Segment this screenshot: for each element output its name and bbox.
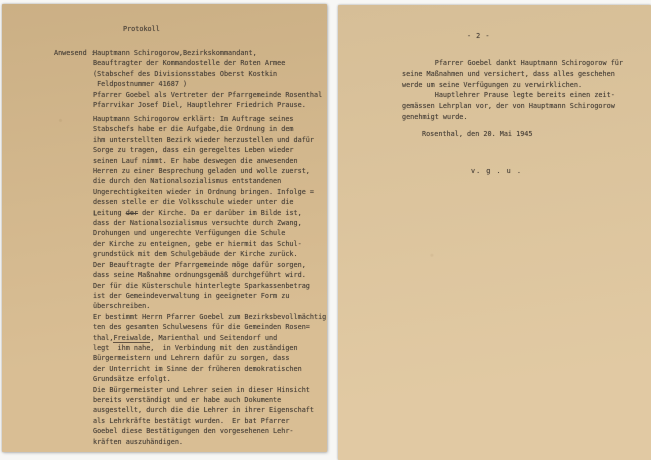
text-line: gemässen Lehrplan vor, der von Hauptmann… [402, 101, 623, 112]
text-line: ist der Gemeindeverwaltung in geeigneter… [93, 291, 327, 301]
text-segment: Goebel diese Bestätigungen den vorgesehe… [93, 427, 294, 435]
text-segment: Die Bürgermeister und Lehrer seien in di… [93, 386, 310, 394]
struck-word: der [126, 209, 138, 217]
text-line: grundstück mit dem Schulgebäude der Kirc… [93, 249, 327, 259]
text-line: legt ihm nahe, in Verbindung mit den zus… [93, 343, 327, 353]
text-segment: Feldpostnummer 41687 ) [93, 80, 187, 88]
text-line: werde um seine Verfügungen zu verwirklic… [402, 80, 623, 91]
text-segment: Drohungen und ungerechte Verfügungen die… [93, 229, 285, 237]
attendees-label: Anwesend : [54, 48, 95, 58]
text-line: Hauptmann Schirogorow erklärt: Im Auftra… [93, 114, 327, 124]
text-segment: der Kirche zu enteignen, gebe er hiermit… [93, 240, 302, 248]
text-segment: ihm unterstellten Bezirk wieder herzuste… [93, 136, 314, 144]
text-line: Goebel diese Bestätigungen den vorgesehe… [93, 426, 327, 436]
text-line: überschreiben. [93, 301, 327, 311]
right-page-body: Pfarrer Goebel dankt Hauptmann Schirogor… [402, 58, 623, 123]
text-line: (Stabschef des Divisionsstabes Oberst Ko… [93, 69, 322, 79]
text-segment: Der für die Küsterschule hinterlegte Spa… [93, 282, 310, 290]
text-segment: Stabschefs habe er die Aufgabe,die Ordnu… [93, 125, 294, 133]
text-line: thal,Freiwalde, Marienthal und Seitendor… [93, 333, 327, 343]
text-line: Hauptmann Schirogorow,Bezirkskommandant, [93, 48, 322, 58]
text-segment: der Kirche. Da er darüber im Bilde ist, [138, 209, 302, 217]
text-line: Stabschefs habe er die Aufgabe,die Ordnu… [93, 124, 327, 134]
text-segment: Hauptlehrer Prause legte bereits einen z… [402, 91, 615, 99]
text-segment: thal, [93, 334, 113, 342]
text-line: Grundsätze erfolgt. [93, 374, 327, 384]
text-line: Drohungen und ungerechte Verfügungen die… [93, 228, 327, 238]
text-segment: gemässen Lehrplan vor, der von Hauptmann… [402, 102, 615, 110]
text-segment: Pfarrer Goebel dankt Hauptmann Schirogor… [402, 59, 623, 67]
text-segment: eitung [97, 209, 126, 217]
text-line: Pfarrvikar Josef Diel, Hauptlehrer Fried… [93, 100, 322, 110]
text-segment: dass seine Maßnahme ordnungsgemäß durchg… [93, 271, 306, 279]
text-line: Beauftragter der Kommandostelle der Rote… [93, 58, 322, 68]
text-line: Pfarrer Goebel als Vertreter der Pfarrge… [93, 90, 322, 100]
text-segment: Sorge zu tragen, dass ein geregeltes Leb… [93, 146, 294, 154]
text-segment: kräften auszuhändigen. [93, 438, 183, 446]
text-segment: ten des gesamten Schulwesens für die Gem… [93, 323, 310, 331]
text-segment: die durch den Nationalsozialismus entsta… [93, 177, 281, 185]
text-line: die durch den Nationalsozialismus entsta… [93, 176, 327, 186]
text-segment: Grundsätze erfolgt. [93, 375, 171, 383]
text-segment: ist der Gemeindeverwaltung in geeigneter… [93, 292, 289, 300]
text-line: Pfarrer Goebel dankt Hauptmann Schirogor… [402, 58, 623, 69]
document-title: Protokoll [123, 24, 160, 34]
text-line: Sorge zu tragen, dass ein geregeltes Leb… [93, 145, 327, 155]
text-segment: (Stabschef des Divisionsstabes Oberst Ko… [93, 70, 277, 78]
text-line: der Unterricht im Sinne der früheren dem… [93, 364, 327, 374]
text-segment: seinen Lauf nimmt. Er habe deswegen die … [93, 157, 298, 165]
text-segment: der Unterricht im Sinne der früheren dem… [93, 365, 302, 373]
text-segment: genehmigt wurde. [402, 113, 467, 121]
text-segment: dass der Nationalsozialismus versuchte d… [93, 219, 302, 227]
text-line: Er bestimmt Herrn Pfarrer Goebel zum Bez… [93, 312, 327, 322]
text-segment: Hauptmann Schirogorow,Bezirkskommandant, [93, 49, 257, 57]
text-line: seinen Lauf nimmt. Er habe deswegen die … [93, 156, 327, 166]
text-segment: dessen stelle er die Volksschule wieder … [93, 198, 294, 206]
text-segment: Bürgermeistern und Lehrern dafür zu sorg… [93, 354, 289, 362]
text-line: ten des gesamten Schulwesens für die Gem… [93, 322, 327, 332]
text-line: kräften auszuhändigen. [93, 437, 327, 447]
text-line: ihm unterstellten Bezirk wieder herzuste… [93, 135, 327, 145]
text-line: genehmigt wurde. [402, 112, 623, 123]
text-segment: Er bestimmt Herrn Pfarrer Goebel zum Bez… [93, 313, 326, 321]
text-line: ausgestellt, durch die die Lehrer in ihr… [93, 405, 327, 415]
page-number: - 2 - [467, 31, 490, 41]
text-segment: Pfarrvikar Josef Diel, Hauptlehrer Fried… [93, 101, 306, 109]
text-line: Die Bürgermeister und Lehrer seien in di… [93, 385, 327, 395]
handwritten-correction: L [93, 208, 97, 218]
attendees-list: Hauptmann Schirogorow,Bezirkskommandant,… [93, 48, 322, 110]
text-segment: Der Beauftragte der Pfarrgemeinde möge d… [93, 261, 306, 269]
text-line: seine Maßnahmen und versichert, dass all… [402, 69, 623, 80]
text-segment: werde um seine Verfügungen zu verwirklic… [402, 81, 582, 89]
text-line: der Kirche zu enteignen, gebe er hiermit… [93, 239, 327, 249]
text-segment: seine Maßnahmen und versichert, dass all… [402, 70, 615, 78]
text-line: dass der Nationalsozialismus versuchte d… [93, 218, 327, 228]
text-line: bereits verständigt und er habe auch Dok… [93, 395, 327, 405]
scanned-document: Protokoll Anwesend : Hauptmann Schirogor… [0, 0, 651, 460]
text-line: als Lehrkräfte bestätigt wurden. Er bat … [93, 416, 327, 426]
text-line: Der Beauftragte der Pfarrgemeinde möge d… [93, 260, 327, 270]
text-segment: ausgestellt, durch die die Lehrer in ihr… [93, 406, 314, 414]
text-line: Ungerechtigkeiten wieder in Ordnung brin… [93, 187, 327, 197]
text-line: Leitung der der Kirche. Da er darüber im… [93, 208, 327, 218]
text-segment: bereits verständigt und er habe auch Dok… [93, 396, 281, 404]
text-segment: überschreiben. [93, 302, 150, 310]
text-line: dass seine Maßnahme ordnungsgemäß durchg… [93, 270, 327, 280]
text-segment: legt ihm nahe, in Verbindung mit den zus… [93, 344, 298, 352]
text-segment: Ungerechtigkeiten wieder in Ordnung brin… [93, 188, 314, 196]
right-page: - 2 - Pfarrer Goebel dankt Hauptmann Sch… [338, 5, 651, 460]
text-line: Der für die Küsterschule hinterlegte Spa… [93, 281, 327, 291]
text-line: dessen stelle er die Volksschule wieder … [93, 197, 327, 207]
text-line: Feldpostnummer 41687 ) [93, 79, 322, 89]
text-segment: , Marienthal und Seitendorf und [150, 334, 277, 342]
text-segment: Hauptmann Schirogorow erklärt: Im Auftra… [93, 115, 294, 123]
text-line: Herren zu einer Besprechung geladen und … [93, 166, 327, 176]
left-page-body: Hauptmann Schirogorow erklärt: Im Auftra… [93, 114, 327, 447]
dateline: Rosenthal, den 20. Mai 1945 [422, 129, 533, 139]
text-segment: Beauftragter der Kommandostelle der Rote… [93, 59, 285, 67]
text-segment: als Lehrkräfte bestätigt wurden. Er bat … [93, 417, 289, 425]
text-segment: grundstück mit dem Schulgebäude der Kirc… [93, 250, 298, 258]
underlined-word: Freiwalde [113, 334, 150, 343]
text-line: Hauptlehrer Prause legte bereits einen z… [402, 90, 623, 101]
closing-formula: v. g . u . [471, 166, 522, 176]
text-segment: Pfarrer Goebel als Vertreter der Pfarrge… [93, 91, 322, 99]
left-page: Protokoll Anwesend : Hauptmann Schirogor… [2, 4, 327, 452]
text-line: Bürgermeistern und Lehrern dafür zu sorg… [93, 353, 327, 363]
text-segment: Herren zu einer Besprechung geladen und … [93, 167, 310, 175]
